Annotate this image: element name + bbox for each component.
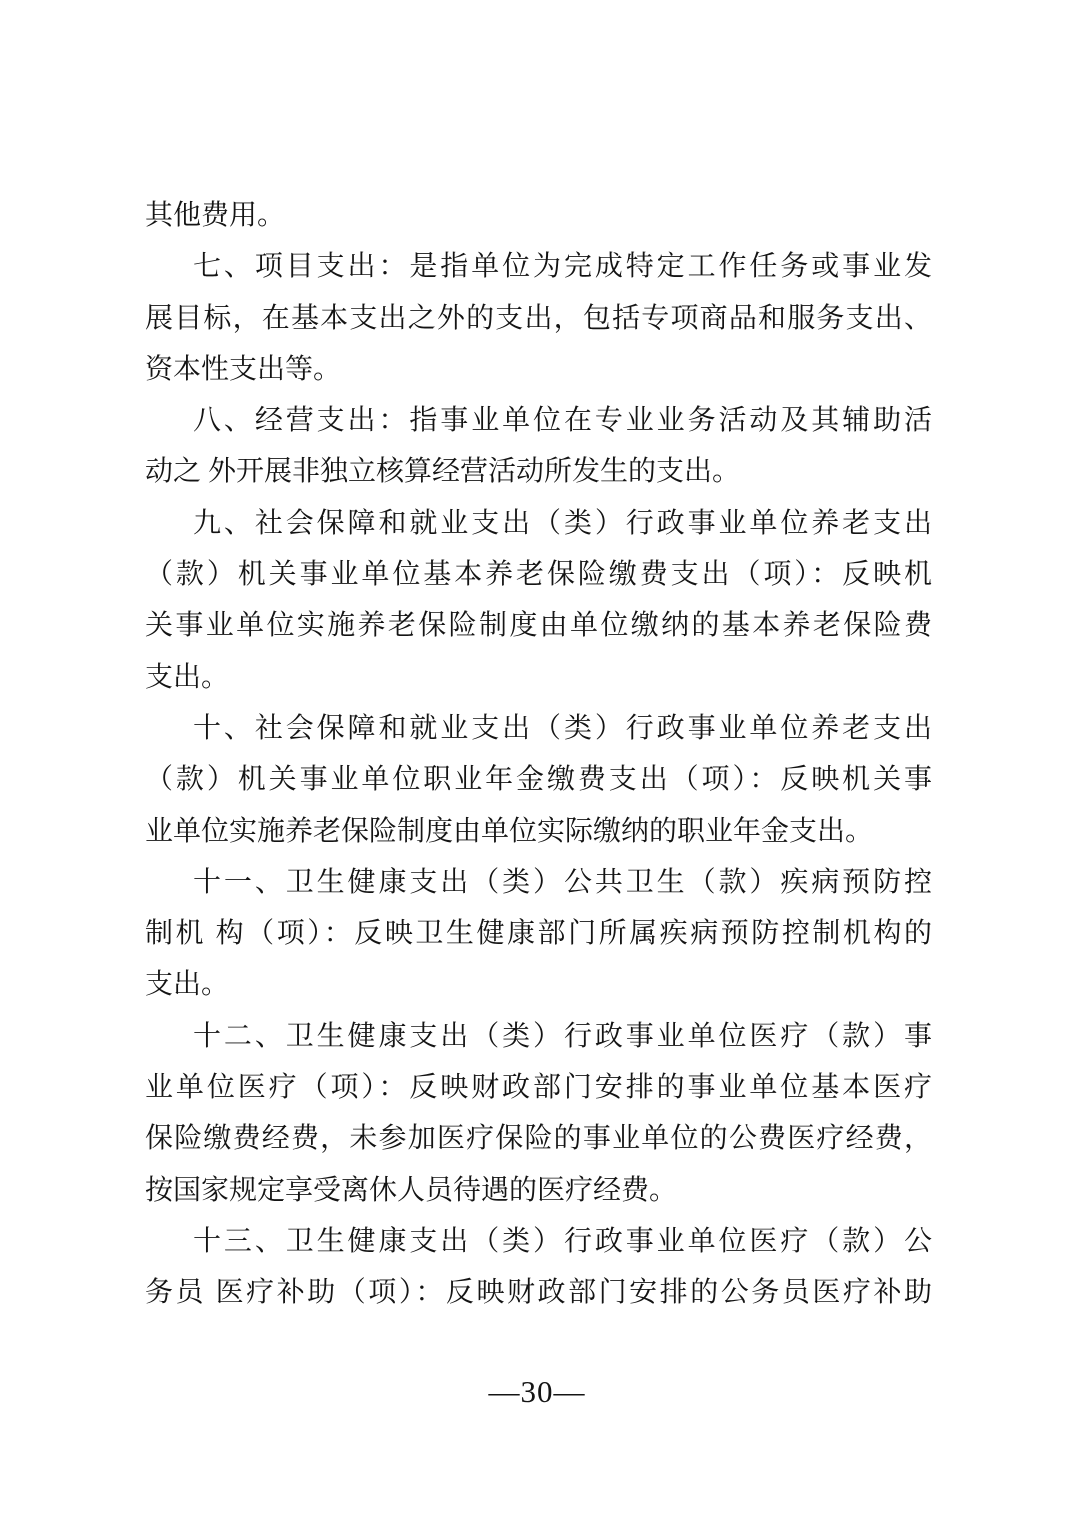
text-line: 十二、卫生健康支出（类）行政事业单位医疗（款）事	[145, 1011, 932, 1062]
text-line: 七、项目支出：是指单位为完成特定工作任务或事业发	[145, 241, 932, 292]
text-line: 展目标，在基本支出之外的支出，包括专项商品和服务支出、	[145, 293, 932, 344]
text-line: 十三、卫生健康支出（类）行政事业单位医疗（款）公	[145, 1216, 932, 1267]
text-line: 八、经营支出：指事业单位在专业业务活动及其辅助活	[145, 395, 932, 446]
text-line: 业单位医疗（项）：反映财政部门安排的事业单位基本医疗	[145, 1062, 932, 1113]
text-line: 十、社会保障和就业支出（类）行政事业单位养老支出	[145, 703, 932, 754]
text-line: （款）机关事业单位基本养老保险缴费支出（项）：反映机	[145, 549, 932, 600]
document-page: 其他费用。七、项目支出：是指单位为完成特定工作任务或事业发展目标，在基本支出之外…	[0, 0, 1074, 1520]
text-line: 保险缴费经费，未参加医疗保险的事业单位的公费医疗经费，	[145, 1113, 932, 1164]
page-number: —30—	[0, 1372, 1074, 1412]
text-line: 支出。	[145, 959, 932, 1010]
text-body: 其他费用。七、项目支出：是指单位为完成特定工作任务或事业发展目标，在基本支出之外…	[145, 190, 932, 1319]
text-line: 关事业单位实施养老保险制度由单位缴纳的基本养老保险费	[145, 600, 932, 651]
text-line: 九、社会保障和就业支出（类）行政事业单位养老支出	[145, 498, 932, 549]
text-line: 制机 构（项）：反映卫生健康部门所属疾病预防控制机构的	[145, 908, 932, 959]
text-line: 十一、卫生健康支出（类）公共卫生（款）疾病预防控	[145, 857, 932, 908]
text-line: 动之 外开展非独立核算经营活动所发生的支出。	[145, 446, 932, 497]
text-line: 业单位实施养老保险制度由单位实际缴纳的职业年金支出。	[145, 806, 932, 857]
text-line: 支出。	[145, 652, 932, 703]
text-line: 按国家规定享受离休人员待遇的医疗经费。	[145, 1165, 932, 1216]
text-line: （款）机关事业单位职业年金缴费支出（项）：反映机关事	[145, 754, 932, 805]
text-line: 其他费用。	[145, 190, 932, 241]
text-line: 资本性支出等。	[145, 344, 932, 395]
text-line: 务员 医疗补助（项）：反映财政部门安排的公务员医疗补助	[145, 1267, 932, 1318]
